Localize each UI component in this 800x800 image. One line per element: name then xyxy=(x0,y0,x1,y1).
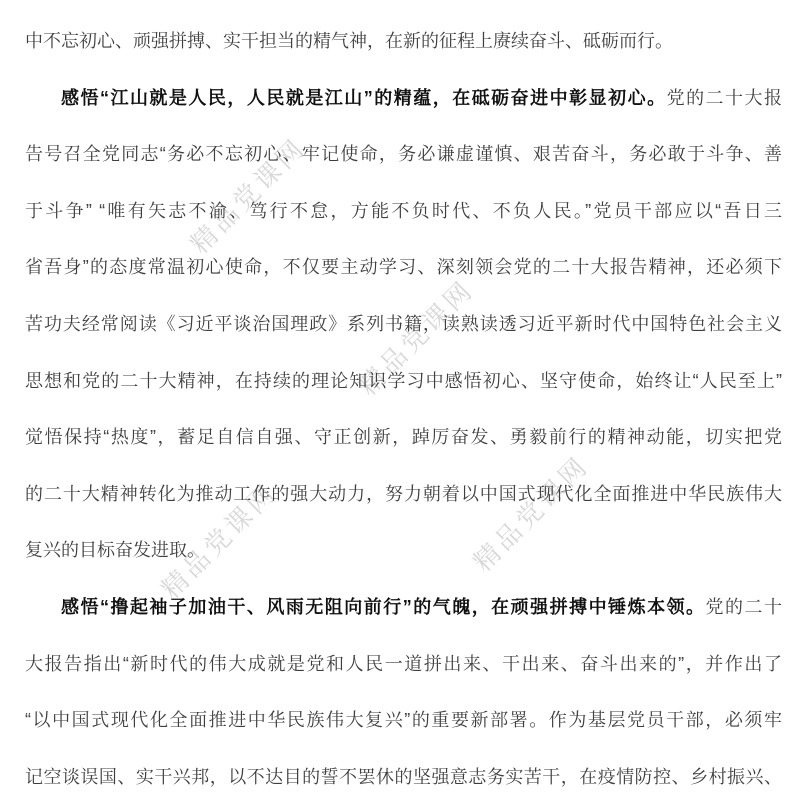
text-line-2: 感悟“江山就是人民，人民就是江山”的精蕴，在砥砺奋进中彰显初心。党的二十大报 xyxy=(25,70,782,127)
text-line-1: 中不忘初心、顽强拼搏、实干担当的精气神，在新的征程上赓续奋斗、砥砺而行。 xyxy=(25,13,782,70)
text-segment: 中不忘初心、顽强拼搏、实干担当的精气神，在新的征程上赓续奋斗、砥砺而行。 xyxy=(25,31,673,51)
text-segment: 思想和党的二十大精神，在持续的理论知识学习中感悟初心、坚守使命，始终让“人民至上… xyxy=(25,371,782,391)
text-line-3: 告号召全党同志“务必不忘初心、牢记使命，务必谦虚谨慎、艰苦奋斗，务必敢于斗争、善 xyxy=(25,126,782,183)
text-segment: “以中国式现代化全面推进中华民族伟大复兴”的重要新部署。作为基层党员干部，必须牢 xyxy=(25,710,782,730)
text-line-5: 省吾身”的态度常温初心使命，不仅要主动学习、深刻领会党的二十大报告精神，还必须下 xyxy=(25,239,782,296)
bold-text-segment: 感悟“撸起袖子加油干、风雨无阻向前行”的气魄，在顽强拼搏中锤炼本领。 xyxy=(61,597,706,617)
text-segment: 党的二十 xyxy=(706,597,782,617)
text-line-14: 记空谈误国、实干兴邦，以不达目的誓不罢休的坚强意志务实苦干，在疫情防控、乡村振兴… xyxy=(25,749,782,800)
text-line-8: 觉悟保持“热度”，蓄足自信自强、守正创新，踔厉奋发、勇毅前行的精神动能，切实把党 xyxy=(25,409,782,466)
text-segment: 大报告指出“新时代的伟大成就是党和人民一道拼出来、干出来、奋斗出来的”，并作出了 xyxy=(25,654,782,674)
text-segment: 觉悟保持“热度”，蓄足自信自强、守正创新，踔厉奋发、勇毅前行的精神动能，切实把党 xyxy=(25,427,782,447)
document-body: 中不忘初心、顽强拼搏、实干担当的精气神，在新的征程上赓续奋斗、砥砺而行。感悟“江… xyxy=(25,13,782,800)
text-line-12: 大报告指出“新时代的伟大成就是党和人民一道拼出来、干出来、奋斗出来的”，并作出了 xyxy=(25,636,782,693)
text-segment: 告号召全党同志“务必不忘初心、牢记使命，务必谦虚谨慎、艰苦奋斗，务必敢于斗争、善 xyxy=(25,144,782,164)
document-page: 精品党课网 精品党课网 精品党课网 精品党课网 中不忘初心、顽强拼搏、实干担当的… xyxy=(0,0,800,800)
text-segment: 于斗争” “唯有矢志不渝、笃行不怠，方能不负时代、不负人民。”党员干部应以“吾日… xyxy=(25,201,782,221)
text-segment: 的二十大精神转化为推动工作的强大动力，努力朝着以中国式现代化全面推进中华民族伟大 xyxy=(25,484,782,504)
text-segment: 记空谈误国、实干兴邦，以不达目的誓不罢休的坚强意志务实苦干，在疫情防控、乡村振兴… xyxy=(25,767,782,787)
text-line-7: 思想和党的二十大精神，在持续的理论知识学习中感悟初心、坚守使命，始终让“人民至上… xyxy=(25,353,782,410)
text-line-11: 感悟“撸起袖子加油干、风雨无阻向前行”的气魄，在顽强拼搏中锤炼本领。党的二十 xyxy=(25,579,782,636)
text-segment: 党的二十大报 xyxy=(667,88,782,108)
text-segment: 复兴的目标奋发进取。 xyxy=(25,540,205,560)
text-line-4: 于斗争” “唯有矢志不渝、笃行不怠，方能不负时代、不负人民。”党员干部应以“吾日… xyxy=(25,183,782,240)
text-line-13: “以中国式现代化全面推进中华民族伟大复兴”的重要新部署。作为基层党员干部，必须牢 xyxy=(25,692,782,749)
text-line-10: 复兴的目标奋发进取。 xyxy=(25,522,782,579)
text-segment: 省吾身”的态度常温初心使命，不仅要主动学习、深刻领会党的二十大报告精神，还必须下 xyxy=(25,257,782,277)
bold-text-segment: 感悟“江山就是人民，人民就是江山”的精蕴，在砥砺奋进中彰显初心。 xyxy=(61,88,667,108)
text-line-9: 的二十大精神转化为推动工作的强大动力，努力朝着以中国式现代化全面推进中华民族伟大 xyxy=(25,466,782,523)
text-line-6: 苦功夫经常阅读《习近平谈治国理政》系列书籍，读熟读透习近平新时代中国特色社会主义 xyxy=(25,296,782,353)
text-segment: 苦功夫经常阅读《习近平谈治国理政》系列书籍，读熟读透习近平新时代中国特色社会主义 xyxy=(25,314,782,334)
